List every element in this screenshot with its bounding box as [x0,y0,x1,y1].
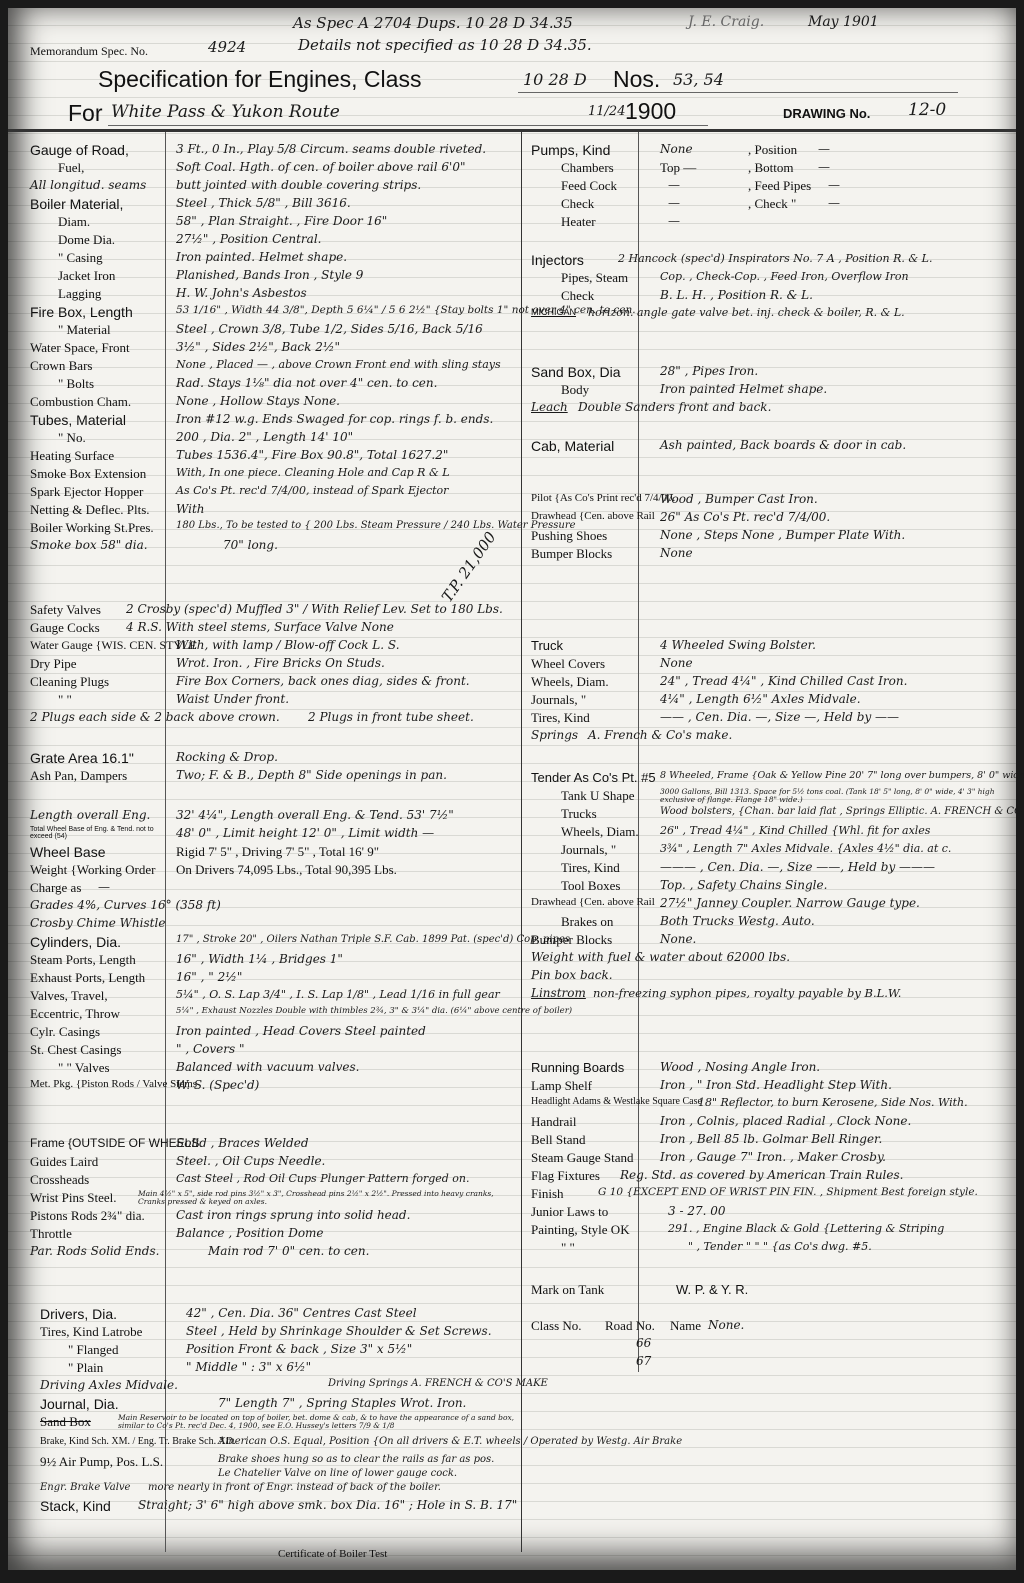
mark-on-tank-value: W. P. & Y. R. [676,1282,748,1297]
for-label: For [68,100,103,127]
title-prefix: Specification for Engines, Class [98,66,421,93]
date-value: 11/24 [588,104,625,119]
top-date: May 1901 [808,14,879,30]
nos-label: Nos. [613,66,660,93]
memo-number: 4924 [208,38,246,56]
class-value: 10 28 D [523,70,587,89]
for-value: White Pass & Yukon Route [111,102,340,122]
tp-stamp: T.P. 21,000 [438,528,500,605]
signature: J. E. Craig. [688,14,764,30]
memo-label: Memorandum Spec. No. [30,44,148,59]
top-note: As Spec A 2704 Dups. 10 28 D 34.35 [293,14,573,32]
footer-certificate: Certificate of Boiler Test [278,1548,387,1560]
year: 1900 [625,98,676,125]
specification-sheet: As Spec A 2704 Dups. 10 28 D 34.35 J. E.… [8,8,1016,1570]
drawing-label: DRAWING No. [783,106,870,121]
memo-note: Details not specified as 10 28 D 34.35. [298,36,592,54]
nos-value: 53, 54 [673,70,724,89]
drawing-value: 12-0 [908,100,946,120]
